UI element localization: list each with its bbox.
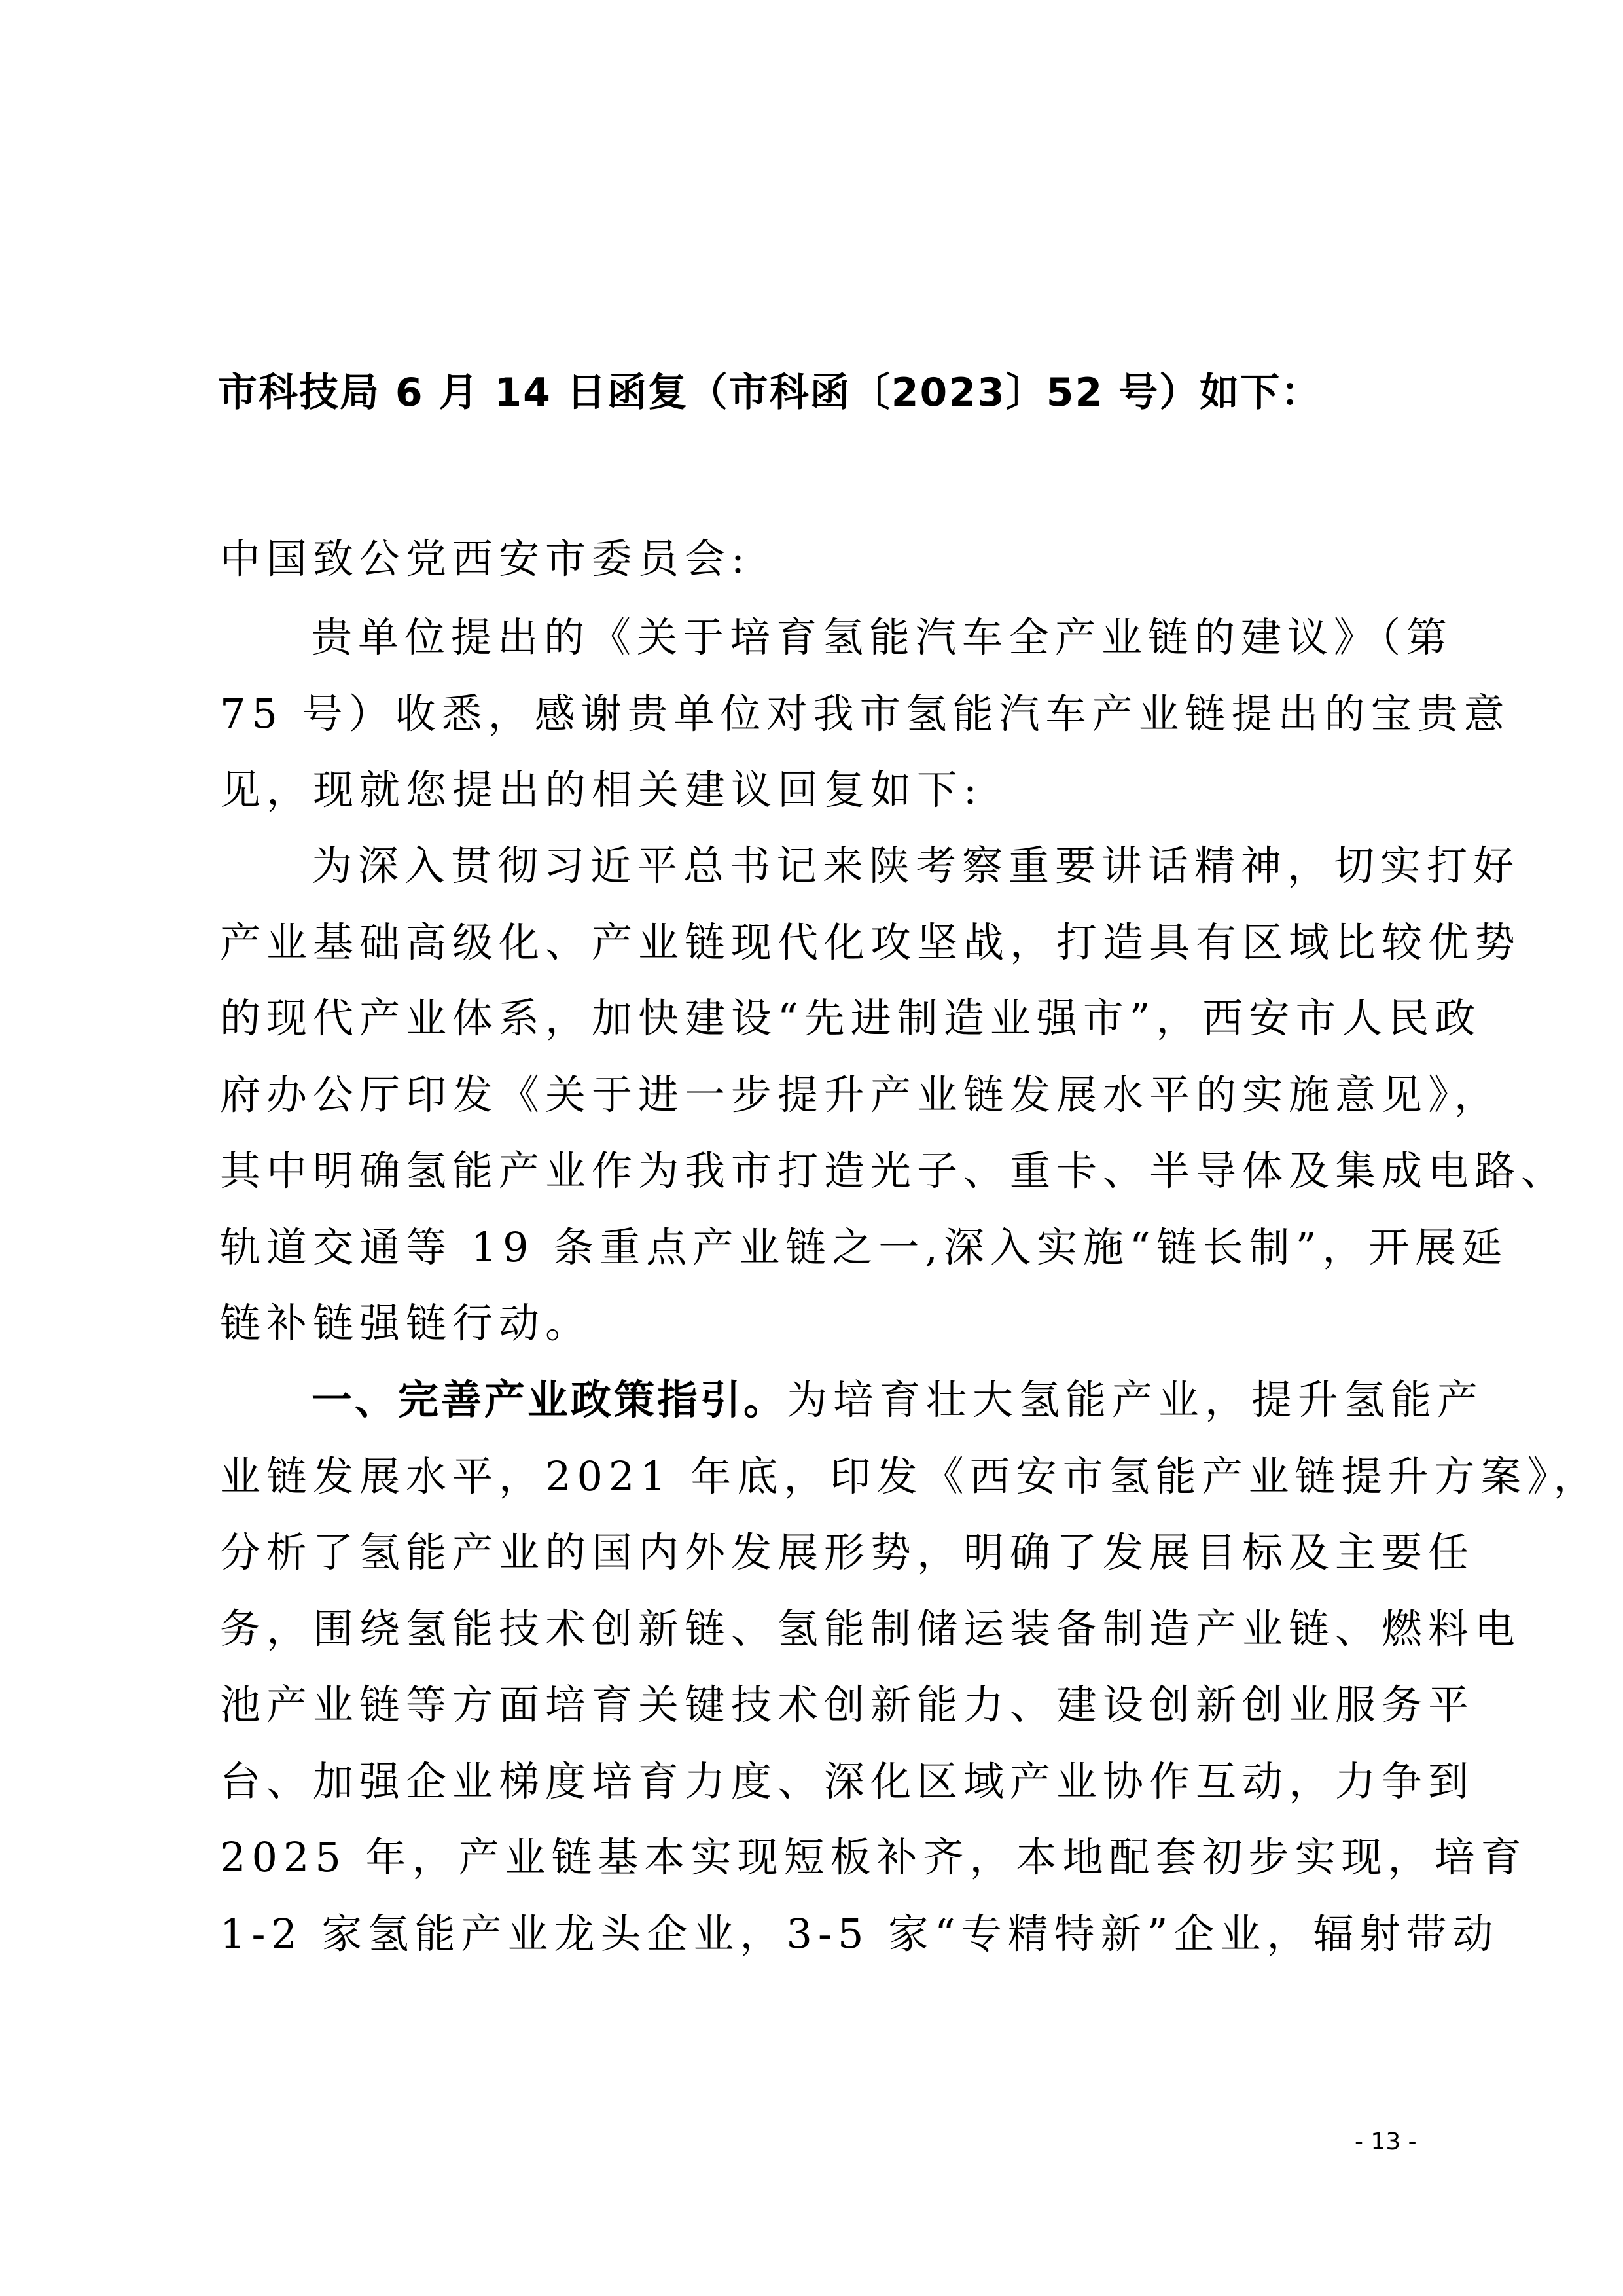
paragraph-line: 其中明确氢能产业作为我市打造光子、重卡、半导体及集成电路、 bbox=[220, 1133, 1419, 1210]
paragraph-line: 1-2 家氢能产业龙头企业，3-5 家“专精特新”企业，辐射带动 bbox=[220, 1896, 1419, 1973]
paragraph-line: 的现代产业体系，加快建设“先进制造业强市”，西安市人民政 bbox=[220, 980, 1419, 1057]
paragraph-line: 务，围绕氢能技术创新链、氢能制储运装备制造产业链、燃料电 bbox=[220, 1591, 1419, 1668]
salutation: 中国致公党西安市委员会: bbox=[220, 521, 1419, 598]
paragraph-background: 为深入贯彻习近平总书记来陕考察重要讲话精神，切实打好 产业基础高级化、产业链现代… bbox=[220, 828, 1419, 1362]
paragraph-line: 府办公厅印发《关于进一步提升产业链发展水平的实施意见》， bbox=[220, 1057, 1419, 1134]
paragraph-line: 2025 年，产业链基本实现短板补齐，本地配套初步实现，培育 bbox=[220, 1820, 1419, 1896]
paragraph-line: 分析了氢能产业的国内外发展形势，明确了发展目标及主要任 bbox=[220, 1515, 1419, 1591]
section-heading-continuation: 为培育壮大氢能产业，提升氢能产 bbox=[787, 1376, 1484, 1424]
paragraph-line: 池产业链等方面培育关键技术创新能力、建设创新创业服务平 bbox=[220, 1667, 1419, 1744]
paragraph-line: 见，现就您提出的相关建议回复如下: bbox=[220, 752, 1419, 829]
paragraph-line: 贵单位提出的《关于培育氢能汽车全产业链的建议》（第 bbox=[220, 600, 1419, 676]
paragraph-line: 一、完善产业政策指引。为培育壮大氢能产业，提升氢能产 bbox=[220, 1362, 1419, 1439]
paragraph-line: 75 号）收悉，感谢贵单位对我市氢能汽车产业链提出的宝贵意 bbox=[220, 676, 1419, 753]
paragraph-line: 产业基础高级化、产业链现代化攻坚战，打造具有区域比较优势 bbox=[220, 905, 1419, 981]
page-number: - 13 - bbox=[1355, 2126, 1417, 2159]
paragraph-line: 链补链强链行动。 bbox=[220, 1285, 1419, 1362]
paragraph-line: 业链发展水平，2021 年底，印发《西安市氢能产业链提升方案》， bbox=[220, 1439, 1419, 1515]
paragraph-intro: 贵单位提出的《关于培育氢能汽车全产业链的建议》（第 75 号）收悉，感谢贵单位对… bbox=[220, 600, 1419, 829]
document-page: 市科技局 6 月 14 日函复（市科函〔2023〕52 号）如下： 中国致公党西… bbox=[0, 0, 1623, 2296]
reply-title: 市科技局 6 月 14 日函复（市科函〔2023〕52 号）如下： bbox=[218, 363, 1461, 422]
paragraph-section-1: 一、完善产业政策指引。为培育壮大氢能产业，提升氢能产 业链发展水平，2021 年… bbox=[220, 1362, 1419, 1972]
paragraph-line: 轨道交通等 19 条重点产业链之一,深入实施“链长制”，开展延 bbox=[220, 1210, 1419, 1286]
paragraph-line: 为深入贯彻习近平总书记来陕考察重要讲话精神，切实打好 bbox=[220, 828, 1419, 905]
paragraph-line: 台、加强企业梯度培育力度、深化区域产业协作互动，力争到 bbox=[220, 1744, 1419, 1820]
section-heading: 一、完善产业政策指引。 bbox=[312, 1376, 787, 1424]
